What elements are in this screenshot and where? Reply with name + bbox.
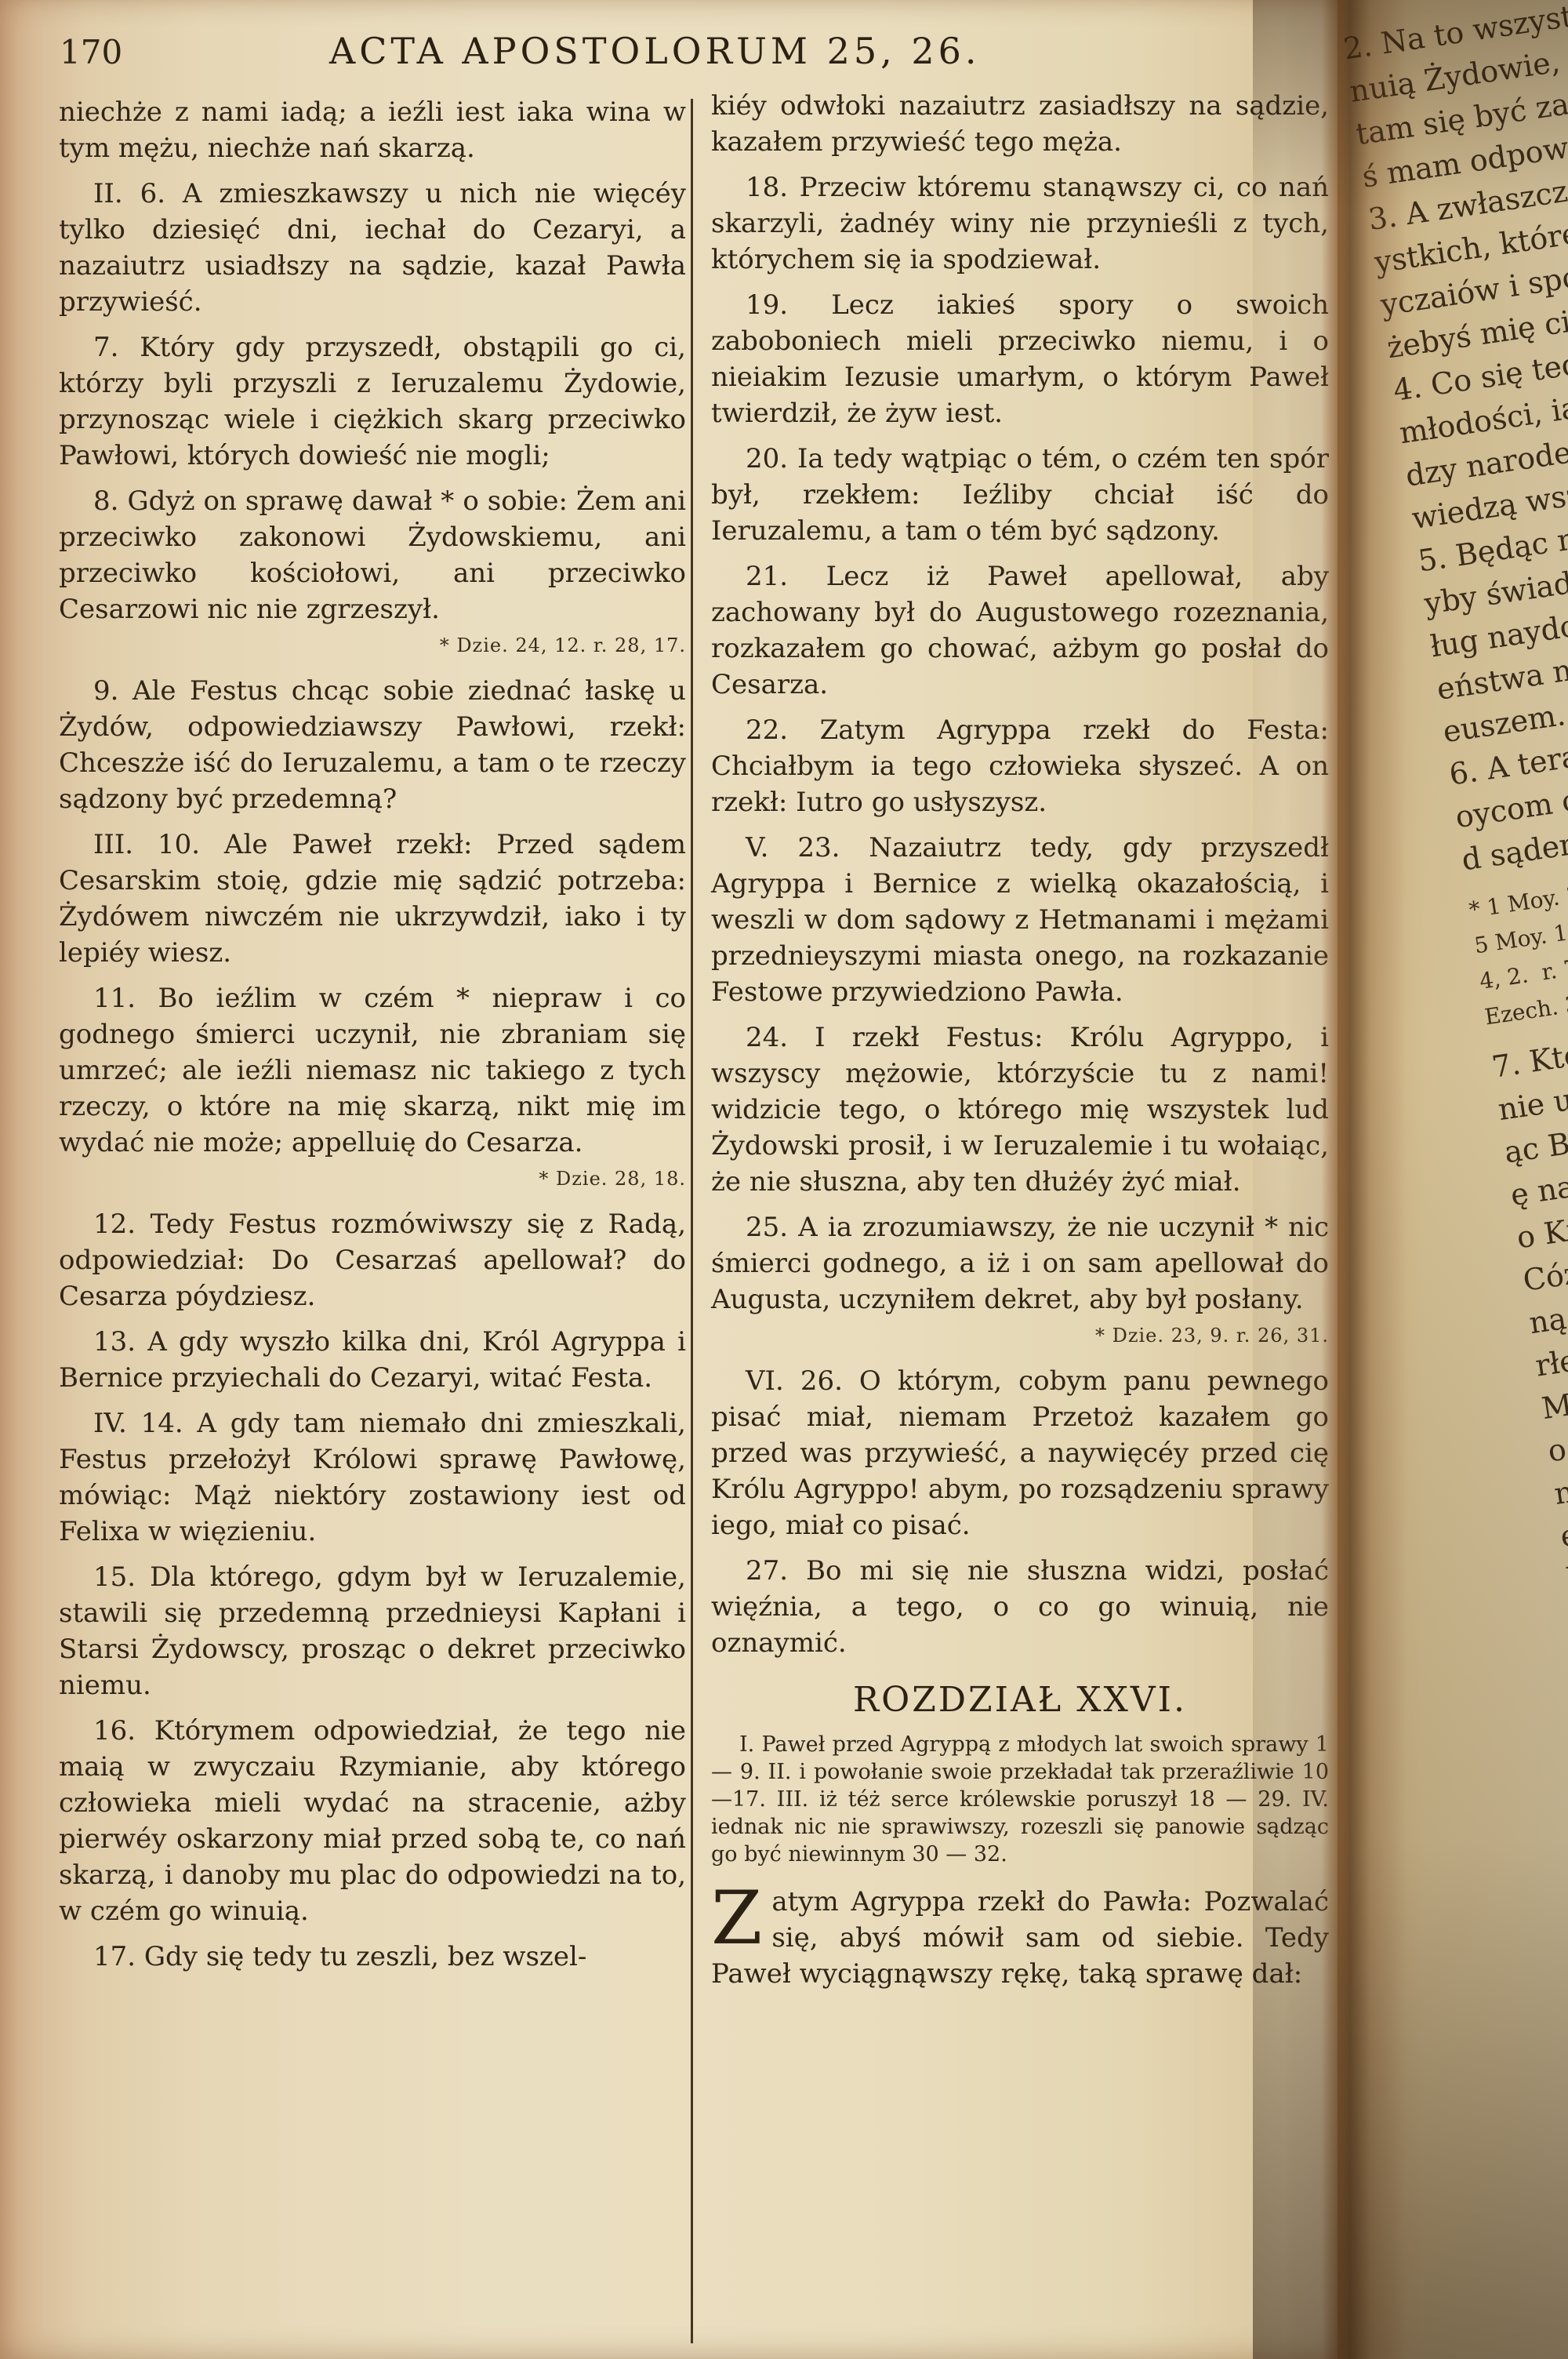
verse-paragraph: 24. I rzekł Festus: Królu Agryppo, i wsz… [711,1020,1329,1200]
verse-text: 20. Ia tedy wątpiąc o tém, o czém ten sp… [711,443,1329,547]
verse-paragraph: 21. Lecz iż Paweł apellował, aby zachowa… [711,558,1329,703]
verse-paragraph: 12. Tedy Festus rozmówiwszy się z Radą, … [59,1206,686,1314]
verse-text: niechże z nami iadą; a ieźli iest iaka w… [59,96,686,164]
verse-paragraph: VI. 26. O którym, cobym panu pewnego pis… [711,1363,1329,1543]
verse-text: 21. Lecz iż Paweł apellował, aby zachowa… [711,561,1329,700]
verse-paragraph: 9. Ale Festus chcąc sobie ziednać łaskę … [59,673,686,817]
verse-paragraph: 8. Gdyż on sprawę dawał * o sobie: Żem a… [59,483,686,663]
verse-text: 11. Bo ieźlim w czém * niepraw i co godn… [59,983,686,1158]
adjacent-page-section: 2. Na to wszystknuią Żydowie, Krótam się… [1341,0,1568,881]
verse-text: 13. A gdy wyszło kilka dni, Król Agryppa… [59,1326,686,1394]
verse-text: V. 23. Nazaiutrz tedy, gdy przyszedł Agr… [711,832,1329,1008]
verse-paragraph: 17. Gdy się tedy tu zeszli, bez wszel- [59,1939,686,1975]
verse-text: 19. Lecz iakieś spory o swoich zabobonie… [711,289,1329,429]
book-scan: 170 ACTA APOSTOLORUM 25, 26. niechże z n… [0,0,1568,2359]
column-divider [691,99,693,2343]
verse-text: II. 6. A zmieszkawszy u nich nie więcéy … [59,178,686,318]
dropcap-text: atym Agryppa rzekł do Pawła: Pozwalać si… [711,1886,1329,1990]
verse-paragraph: 18. Przeciw któremu stanąwszy ci, co nań… [711,169,1329,278]
page-number: 170 [60,33,122,71]
verse-paragraph: 20. Ia tedy wątpiąc o tém, o czém ten sp… [711,441,1329,549]
adjacent-page-edge: 2. Na to wszystknuią Żydowie, Krótam się… [1338,0,1568,2359]
verse-text: 8. Gdyż on sprawę dawał * o sobie: Żem a… [59,485,686,625]
verse-paragraph: 7. Który gdy przyszedł, obstąpili go ci,… [59,329,686,474]
chapter-heading: ROZDZIAŁ XXVI. [711,1680,1329,1720]
dropcap-initial: Z [711,1884,771,1948]
verse-text: 27. Bo mi się nie słuszna widzi, posłać … [711,1555,1329,1659]
verse-text: IV. 14. A gdy tam niemało dni zmieszkali… [59,1408,686,1547]
verse-text: 25. A ia zrozumiawszy, że nie uczynił * … [711,1212,1329,1315]
verse-text: 24. I rzekł Festus: Królu Agryppo, i wsz… [711,1022,1329,1198]
verse-text: III. 10. Ale Paweł rzekł: Przed sądem Ce… [59,829,686,969]
verse-paragraph: II. 6. A zmieszkawszy u nich nie więcéy … [59,176,686,320]
verse-text: 9. Ale Festus chcąc sobie ziednać łaskę … [59,675,686,815]
verse-paragraph: 13. A gdy wyszło kilka dni, Król Agryppa… [59,1324,686,1396]
verse-paragraph: 15. Dla którego, gdym był w Ieruzalemie,… [59,1559,686,1703]
verse-text: kiéy odwłoki nazaiutrz zasiadłszy na sąd… [711,90,1329,158]
verse-text: 18. Przeciw któremu stanąwszy ci, co nań… [711,172,1329,275]
adjacent-page-text: 2. Na to wszystknuią Żydowie, Krótam się… [1341,0,1568,2350]
verse-text: 12. Tedy Festus rozmówiwszy się z Radą, … [59,1209,686,1312]
verse-paragraph: 19. Lecz iakieś spory o swoich zabobonie… [711,287,1329,431]
verse-paragraph: 11. Bo ieźlim w czém * niepraw i co godn… [59,980,686,1197]
verse-paragraph: III. 10. Ale Paweł rzekł: Przed sądem Ce… [59,827,686,971]
verse-text: 15. Dla którego, gdym był w Ieruzalemie,… [59,1561,686,1701]
verse-text: 7. Który gdy przyszedł, obstąpili go ci,… [59,332,686,471]
verse-text: 22. Zatym Agryppa rzekł do Festa: Chciał… [711,714,1329,818]
verse-paragraph: kiéy odwłoki nazaiutrz zasiadłszy na sąd… [711,88,1329,160]
right-column: kiéy odwłoki nazaiutrz zasiadłszy na sąd… [711,88,1329,2001]
verse-paragraph: 22. Zatym Agryppa rzekł do Festa: Chciał… [711,712,1329,820]
verse-paragraph: V. 23. Nazaiutrz tedy, gdy przyszedł Agr… [711,830,1329,1010]
verse-text: VI. 26. O którym, cobym panu pewnego pis… [711,1365,1329,1541]
verse-text: 16. Którymem odpowiedział, że tego nie m… [59,1715,686,1927]
left-column: niechże z nami iadą; a ieźli iest iaka w… [59,94,686,1984]
verse-paragraph: 27. Bo mi się nie słuszna widzi, posłać … [711,1553,1329,1661]
verse-paragraph: 16. Którymem odpowiedział, że tego nie m… [59,1713,686,1929]
chapter-summary: I. Paweł przed Agryppą z młodych lat swo… [711,1731,1329,1868]
footnote-reference: * Dzie. 24, 12. r. 28, 17. [405,627,686,663]
adjacent-page-section: 7. Któréy dwoienanie ustawicznieąc Bogu,… [1489,983,1568,1772]
verse-paragraph: IV. 14. A gdy tam niemało dni zmieszkali… [59,1405,686,1550]
page: 170 ACTA APOSTOLORUM 25, 26. niechże z n… [0,0,1338,2359]
dropcap-paragraph: Zatym Agryppa rzekł do Pawła: Pozwalać s… [711,1884,1329,1992]
verse-paragraph: 25. A ia zrozumiawszy, że nie uczynił * … [711,1209,1329,1354]
verse-text: 17. Gdy się tedy tu zeszli, bez wszel- [93,1941,586,1972]
verse-paragraph: niechże z nami iadą; a ieźli iest iaka w… [59,94,686,166]
running-header: ACTA APOSTOLORUM 25, 26. [329,30,909,72]
footnote-reference: * Dzie. 23, 9. r. 26, 31. [1061,1318,1329,1354]
text-columns: niechże z nami iadą; a ieźli iest iaka w… [59,88,1330,2351]
right-column-verses: kiéy odwłoki nazaiutrz zasiadłszy na sąd… [711,88,1329,1661]
footnote-reference: * Dzie. 28, 18. [504,1161,686,1197]
